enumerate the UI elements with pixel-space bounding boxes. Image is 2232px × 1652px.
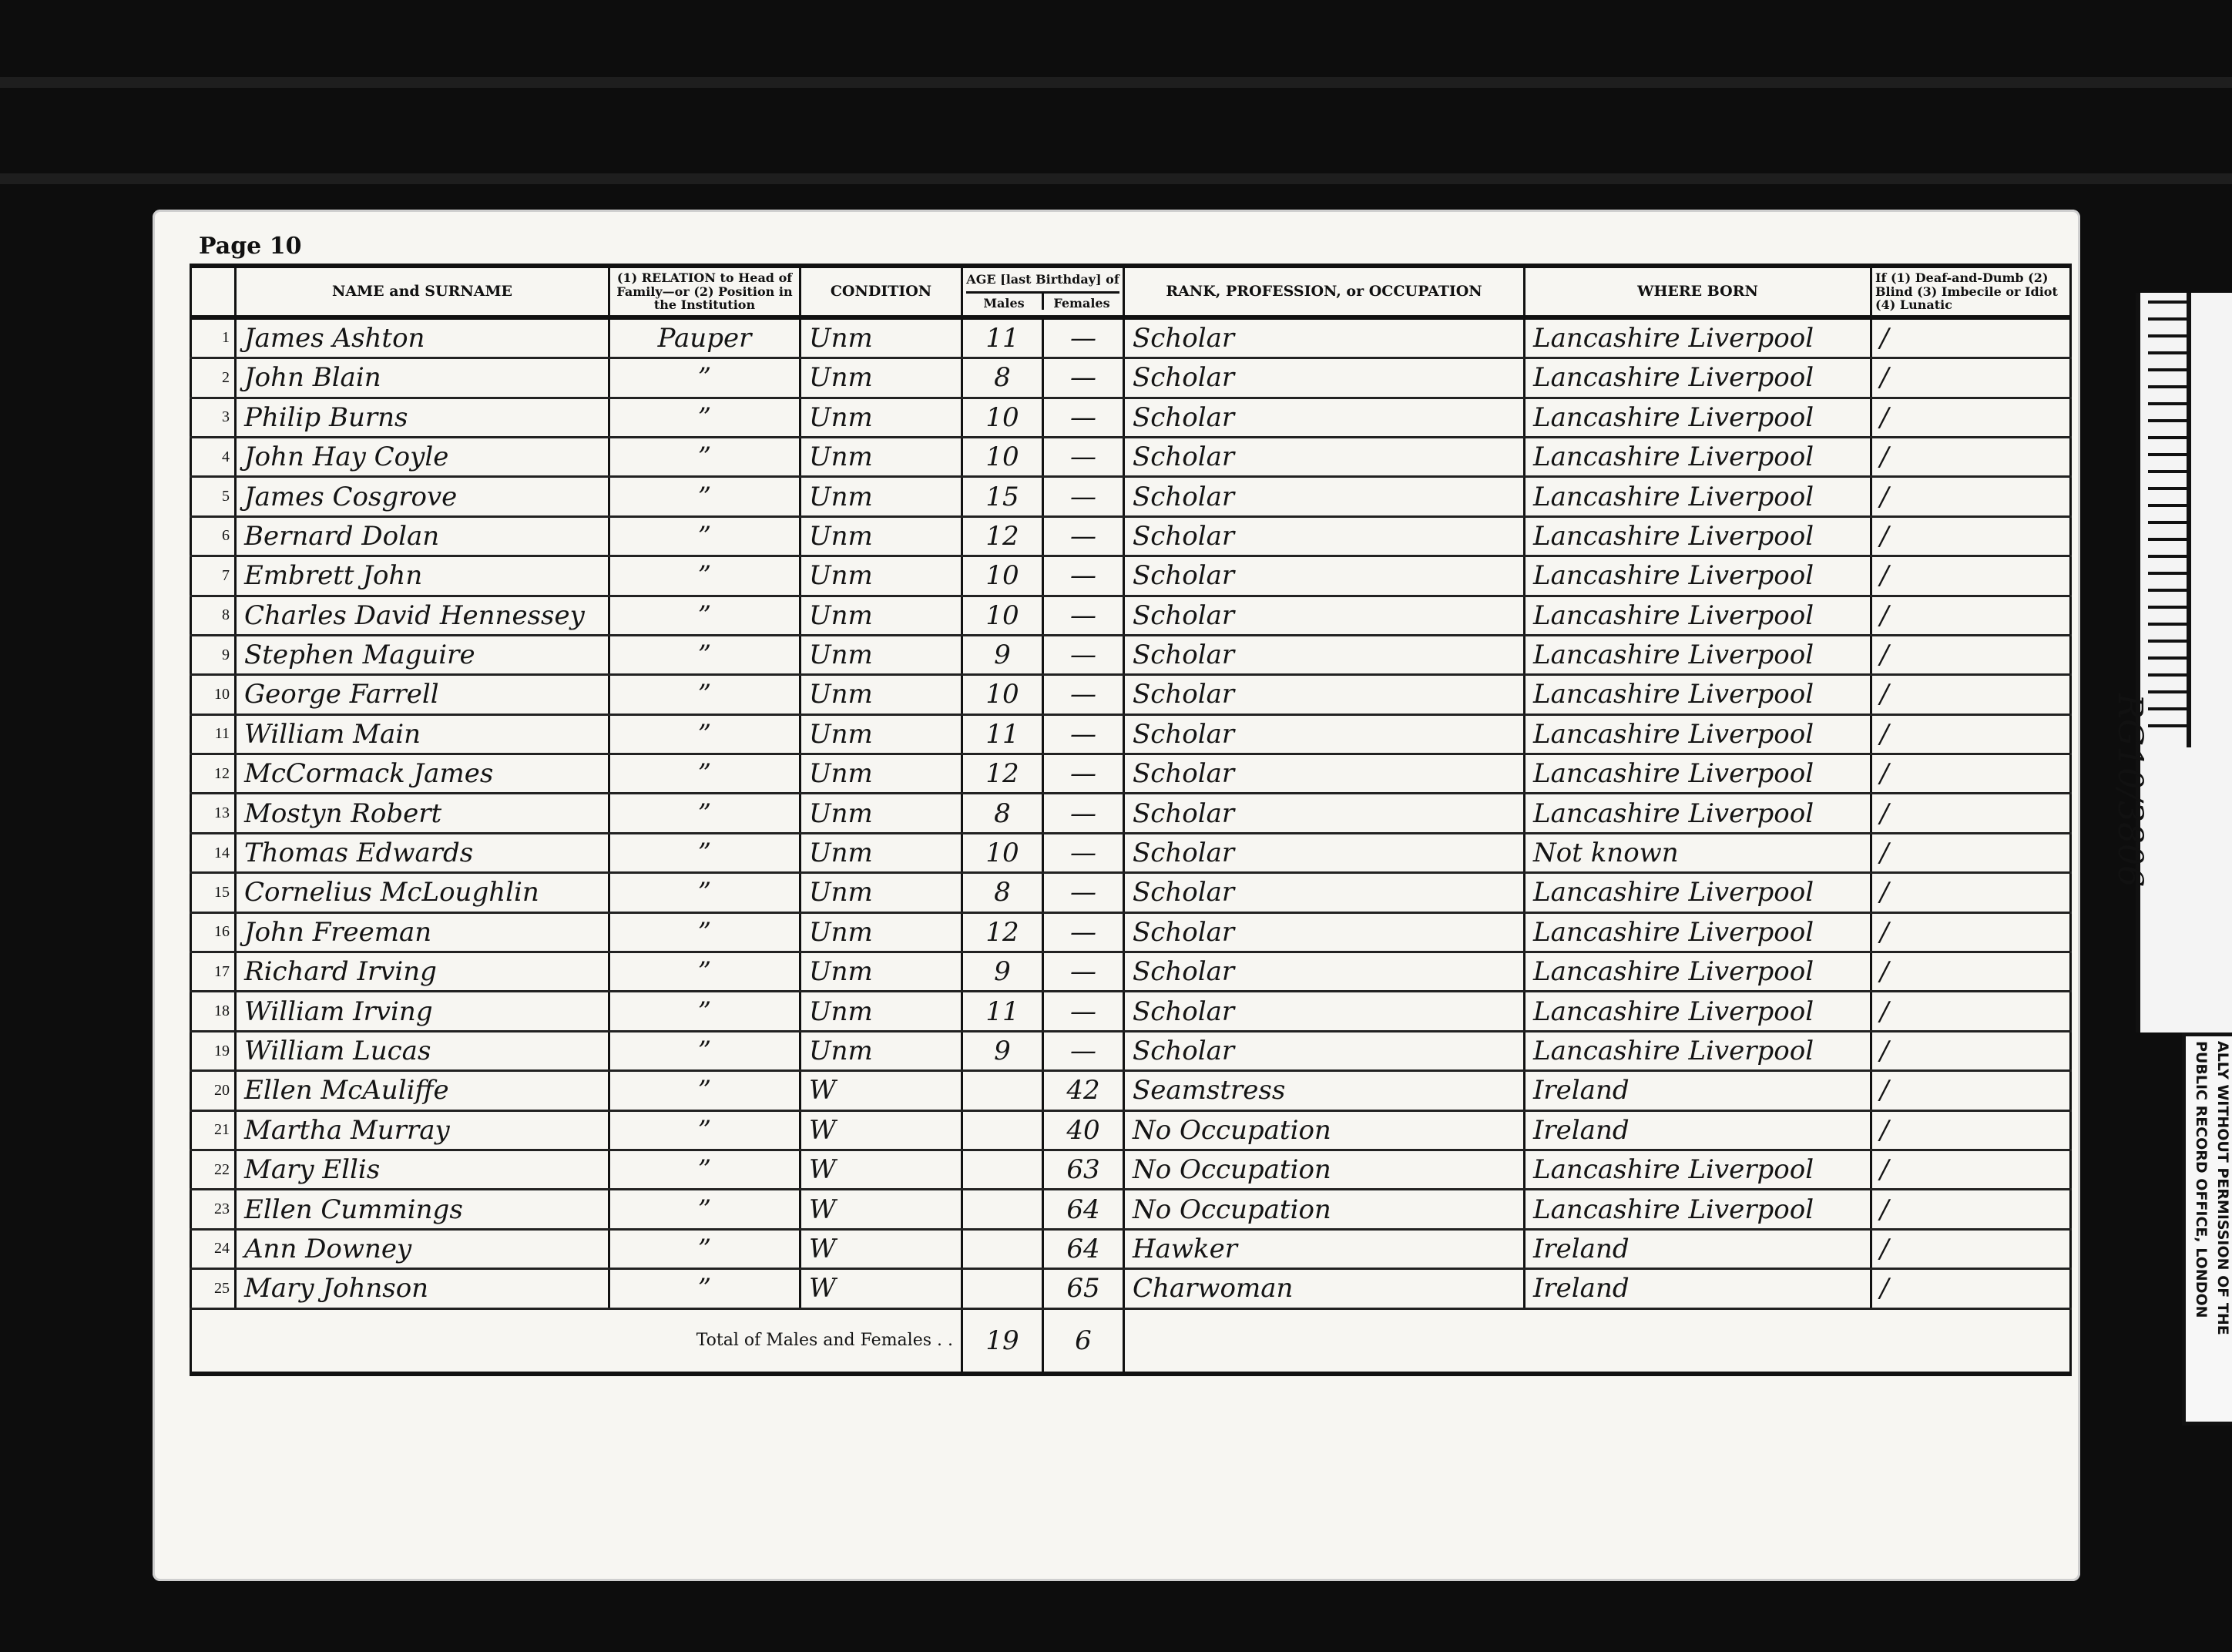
condition: W [800,1110,962,1150]
age-female: 64 [1043,1190,1124,1229]
schedule-number: 14 [191,833,236,872]
where-born: Not known [1525,833,1871,872]
age-female: — [1043,516,1124,556]
where-born: Lancashire Liverpool [1525,556,1871,596]
age-female: — [1043,596,1124,635]
copyright-line-2: PUBLIC RECORD OFFICE, LONDON [2193,1041,2210,1318]
age-female: 65 [1043,1269,1124,1308]
condition: Unm [800,556,962,596]
table-row: 4John Hay Coyle”Unm10—ScholarLancashire … [191,437,2071,476]
schedule-number: 15 [191,873,236,912]
occupation: Scholar [1124,714,1525,754]
condition: Unm [800,675,962,714]
age-female: 40 [1043,1110,1124,1150]
where-born: Lancashire Liverpool [1525,794,1871,833]
schedule-number: 22 [191,1150,236,1189]
table-row: 12McCormack James”Unm12—ScholarLancashir… [191,754,2071,794]
name: William Main [236,714,609,754]
relation: ” [609,516,800,556]
totals-row: Total of Males and Females . . 19 6 [191,1308,2071,1374]
occupation: Scholar [1124,477,1525,516]
age-female: — [1043,912,1124,952]
disability-mark: / [1871,992,2071,1031]
condition: Unm [800,437,962,476]
table-row: 2John Blain”Unm8—ScholarLancashire Liver… [191,358,2071,398]
census-page: Page 10 NAME and SURNAME (1) RELATION to… [153,210,2080,1581]
name: Mary Ellis [236,1150,609,1189]
age-female: — [1043,794,1124,833]
occupation: Scholar [1124,596,1525,635]
occupation: Seamstress [1124,1071,1525,1110]
table-row: 13Mostyn Robert”Unm8—ScholarLancashire L… [191,794,2071,833]
occupation: No Occupation [1124,1150,1525,1189]
condition: Unm [800,833,962,872]
age-male: 12 [962,754,1043,794]
table-row: 15Cornelius McLoughlin”Unm8—ScholarLanca… [191,873,2071,912]
schedule-number: 23 [191,1190,236,1229]
header-occupation: RANK, PROFESSION, or OCCUPATION [1124,266,1525,317]
where-born: Lancashire Liverpool [1525,675,1871,714]
where-born: Lancashire Liverpool [1525,912,1871,952]
where-born: Lancashire Liverpool [1525,437,1871,476]
totals-blank [1124,1308,2071,1374]
header-females: Females [1044,294,1119,311]
schedule-number: 10 [191,675,236,714]
relation: ” [609,675,800,714]
header-where-born: WHERE BORN [1525,266,1871,317]
relation: ” [609,358,800,398]
totals-label: Total of Males and Females . . [191,1308,962,1374]
age-female: — [1043,317,1124,358]
measurement-scale [2136,293,2232,1032]
name: Ellen Cummings [236,1190,609,1229]
schedule-number: 4 [191,437,236,476]
name: Richard Irving [236,952,609,992]
name: John Freeman [236,912,609,952]
disability-mark: / [1871,912,2071,952]
where-born: Lancashire Liverpool [1525,398,1871,437]
where-born: Lancashire Liverpool [1525,1190,1871,1229]
age-female: 63 [1043,1150,1124,1189]
header-row: NAME and SURNAME (1) RELATION to Head of… [191,266,2071,317]
age-male: 11 [962,992,1043,1031]
relation: ” [609,1150,800,1189]
disability-mark: / [1871,794,2071,833]
relation: ” [609,635,800,674]
where-born: Lancashire Liverpool [1525,992,1871,1031]
age-male: 8 [962,358,1043,398]
scan-background [0,77,2232,88]
table-row: 1James AshtonPauperUnm11—ScholarLancashi… [191,317,2071,358]
age-female: — [1043,358,1124,398]
schedule-number: 17 [191,952,236,992]
where-born: Lancashire Liverpool [1525,317,1871,358]
relation: ” [609,437,800,476]
schedule-number: 18 [191,992,236,1031]
schedule-number: 11 [191,714,236,754]
schedule-number: 25 [191,1269,236,1308]
age-male: 11 [962,317,1043,358]
scale-ticks [2148,301,2187,740]
table-row: 3Philip Burns”Unm10—ScholarLancashire Li… [191,398,2071,437]
table-row: 20Ellen McAuliffe”W42SeamstressIreland/ [191,1071,2071,1110]
where-born: Lancashire Liverpool [1525,635,1871,674]
total-females: 6 [1043,1308,1124,1374]
disability-mark: / [1871,358,2071,398]
disability-mark: / [1871,317,2071,358]
disability-mark: / [1871,1110,2071,1150]
where-born: Lancashire Liverpool [1525,952,1871,992]
header-age-label: AGE [last Birthday] of [966,273,1119,287]
where-born: Lancashire Liverpool [1525,596,1871,635]
condition: W [800,1269,962,1308]
age-female: 64 [1043,1229,1124,1268]
copyright-notice: ALLY WITHOUT PERMISSION OF THE PUBLIC RE… [2182,1032,2232,1425]
schedule-number: 5 [191,477,236,516]
occupation: Scholar [1124,358,1525,398]
name: John Blain [236,358,609,398]
header-name: NAME and SURNAME [236,266,609,317]
table-row: 23Ellen Cummings”W64No OccupationLancash… [191,1190,2071,1229]
age-female: — [1043,754,1124,794]
age-male: 8 [962,873,1043,912]
condition: Unm [800,912,962,952]
occupation: Hawker [1124,1229,1525,1268]
age-female: — [1043,635,1124,674]
name: Embrett John [236,556,609,596]
disability-mark: / [1871,1150,2071,1189]
name: Mary Johnson [236,1269,609,1308]
header-relation: (1) RELATION to Head of Family—or (2) Po… [609,266,800,317]
relation: ” [609,398,800,437]
age-male: 10 [962,398,1043,437]
reference-number: RG10/3806 [2110,693,2150,887]
header-condition: CONDITION [800,266,962,317]
relation: ” [609,714,800,754]
table-row: 7Embrett John”Unm10—ScholarLancashire Li… [191,556,2071,596]
age-male [962,1110,1043,1150]
age-female: — [1043,556,1124,596]
age-female: — [1043,873,1124,912]
condition: Unm [800,992,962,1031]
age-female: — [1043,714,1124,754]
relation: ” [609,833,800,872]
age-male: 10 [962,675,1043,714]
condition: Unm [800,754,962,794]
condition: W [800,1150,962,1189]
table-row: 8Charles David Hennessey”Unm10—ScholarLa… [191,596,2071,635]
schedule-number: 20 [191,1071,236,1110]
disability-mark: / [1871,1031,2071,1070]
schedule-number: 16 [191,912,236,952]
condition: W [800,1190,962,1229]
condition: W [800,1071,962,1110]
relation: ” [609,1269,800,1308]
table-row: 6Bernard Dolan”Unm12—ScholarLancashire L… [191,516,2071,556]
occupation: Scholar [1124,754,1525,794]
disability-mark: / [1871,714,2071,754]
name: Philip Burns [236,398,609,437]
age-female: — [1043,1031,1124,1070]
disability-mark: / [1871,596,2071,635]
schedule-number: 9 [191,635,236,674]
occupation: Scholar [1124,398,1525,437]
name: William Lucas [236,1031,609,1070]
name: Charles David Hennessey [236,596,609,635]
table-row: 11William Main”Unm11—ScholarLancashire L… [191,714,2071,754]
age-male [962,1190,1043,1229]
header-disability: If (1) Deaf-and-Dumb (2) Blind (3) Imbec… [1871,266,2071,317]
name: McCormack James [236,754,609,794]
age-male: 12 [962,516,1043,556]
name: Stephen Maguire [236,635,609,674]
age-male: 10 [962,596,1043,635]
condition: Unm [800,873,962,912]
disability-mark: / [1871,1269,2071,1308]
occupation: Scholar [1124,516,1525,556]
occupation: Scholar [1124,873,1525,912]
where-born: Lancashire Liverpool [1525,714,1871,754]
disability-mark: / [1871,477,2071,516]
relation: ” [609,992,800,1031]
schedule-number: 21 [191,1110,236,1150]
condition: Unm [800,398,962,437]
occupation: No Occupation [1124,1110,1525,1150]
occupation: Scholar [1124,1031,1525,1070]
where-born: Lancashire Liverpool [1525,754,1871,794]
condition: Unm [800,794,962,833]
name: Ann Downey [236,1229,609,1268]
where-born: Ireland [1525,1269,1871,1308]
table-row: 19William Lucas”Unm9—ScholarLancashire L… [191,1031,2071,1070]
condition: Unm [800,358,962,398]
page-number: Page 10 [199,233,301,260]
schedule-number: 12 [191,754,236,794]
occupation: Scholar [1124,992,1525,1031]
age-male: 10 [962,556,1043,596]
relation: ” [609,794,800,833]
occupation: No Occupation [1124,1190,1525,1229]
name: George Farrell [236,675,609,714]
age-male: 8 [962,794,1043,833]
name: Ellen McAuliffe [236,1071,609,1110]
schedule-number: 6 [191,516,236,556]
occupation: Charwoman [1124,1269,1525,1308]
header-schedule-number [191,266,236,317]
disability-mark: / [1871,437,2071,476]
age-female: — [1043,437,1124,476]
where-born: Lancashire Liverpool [1525,358,1871,398]
occupation: Scholar [1124,556,1525,596]
where-born: Lancashire Liverpool [1525,1031,1871,1070]
relation: ” [609,556,800,596]
name: Bernard Dolan [236,516,609,556]
scan-background [0,173,2232,184]
condition: Unm [800,952,962,992]
where-born: Ireland [1525,1071,1871,1110]
schedule-number: 19 [191,1031,236,1070]
condition: Unm [800,317,962,358]
schedule-number: 3 [191,398,236,437]
disability-mark: / [1871,1229,2071,1268]
age-male [962,1071,1043,1110]
disability-mark: / [1871,556,2071,596]
occupation: Scholar [1124,317,1525,358]
age-female: — [1043,992,1124,1031]
condition: Unm [800,714,962,754]
name: Thomas Edwards [236,833,609,872]
table-row: 22Mary Ellis”W63No OccupationLancashire … [191,1150,2071,1189]
name: William Irving [236,992,609,1031]
disability-mark: / [1871,675,2071,714]
schedule-number: 2 [191,358,236,398]
disability-mark: / [1871,833,2071,872]
relation: ” [609,1071,800,1110]
condition: Unm [800,516,962,556]
condition: Unm [800,596,962,635]
age-male: 10 [962,437,1043,476]
condition: Unm [800,477,962,516]
age-female: 42 [1043,1071,1124,1110]
table-row: 9Stephen Maguire”Unm9—ScholarLancashire … [191,635,2071,674]
age-female: — [1043,675,1124,714]
scale-rule [2187,293,2191,747]
total-males: 19 [962,1308,1043,1374]
where-born: Ireland [1525,1229,1871,1268]
relation: ” [609,754,800,794]
age-male: 15 [962,477,1043,516]
name: Cornelius McLoughlin [236,873,609,912]
disability-mark: / [1871,873,2071,912]
census-table: NAME and SURNAME (1) RELATION to Head of… [190,264,2072,1376]
table-row: 17Richard Irving”Unm9—ScholarLancashire … [191,952,2071,992]
copyright-line-1: ALLY WITHOUT PERMISSION OF THE [2214,1041,2231,1335]
disability-mark: / [1871,635,2071,674]
name: John Hay Coyle [236,437,609,476]
occupation: Scholar [1124,635,1525,674]
schedule-number: 7 [191,556,236,596]
disability-mark: / [1871,952,2071,992]
relation: ” [609,912,800,952]
occupation: Scholar [1124,833,1525,872]
age-female: — [1043,952,1124,992]
table-row: 14Thomas Edwards”Unm10—ScholarNot known/ [191,833,2071,872]
relation: ” [609,596,800,635]
occupation: Scholar [1124,437,1525,476]
relation: ” [609,873,800,912]
name: Martha Murray [236,1110,609,1150]
schedule-number: 24 [191,1229,236,1268]
relation: ” [609,1031,800,1070]
age-male: 9 [962,952,1043,992]
disability-mark: / [1871,754,2071,794]
schedule-number: 1 [191,317,236,358]
age-male [962,1150,1043,1189]
condition: W [800,1229,962,1268]
where-born: Ireland [1525,1110,1871,1150]
relation: ” [609,1110,800,1150]
table-row: 16John Freeman”Unm12—ScholarLancashire L… [191,912,2071,952]
schedule-number: 13 [191,794,236,833]
age-male: 9 [962,1031,1043,1070]
table-row: 25Mary Johnson”W65CharwomanIreland/ [191,1269,2071,1308]
table-row: 24Ann Downey”W64HawkerIreland/ [191,1229,2071,1268]
table-row: 10George Farrell”Unm10—ScholarLancashire… [191,675,2071,714]
name: Mostyn Robert [236,794,609,833]
disability-mark: / [1871,398,2071,437]
relation: ” [609,1190,800,1229]
relation: ” [609,952,800,992]
age-male: 10 [962,833,1043,872]
age-female: — [1043,833,1124,872]
where-born: Lancashire Liverpool [1525,477,1871,516]
relation: ” [609,1229,800,1268]
table-row: 5James Cosgrove”Unm15—ScholarLancashire … [191,477,2071,516]
disability-mark: / [1871,1071,2071,1110]
where-born: Lancashire Liverpool [1525,1150,1871,1189]
where-born: Lancashire Liverpool [1525,516,1871,556]
age-male [962,1269,1043,1308]
occupation: Scholar [1124,794,1525,833]
where-born: Lancashire Liverpool [1525,873,1871,912]
table-row: 21Martha Murray”W40No OccupationIreland/ [191,1110,2071,1150]
header-males: Males [966,294,1044,311]
age-male: 9 [962,635,1043,674]
condition: Unm [800,635,962,674]
name: James Cosgrove [236,477,609,516]
header-age: AGE [last Birthday] of Males Females [962,266,1124,317]
disability-mark: / [1871,516,2071,556]
occupation: Scholar [1124,675,1525,714]
age-female: — [1043,398,1124,437]
age-male: 12 [962,912,1043,952]
table-row: 18William Irving”Unm11—ScholarLancashire… [191,992,2071,1031]
occupation: Scholar [1124,952,1525,992]
age-male [962,1229,1043,1268]
age-female: — [1043,477,1124,516]
disability-mark: / [1871,1190,2071,1229]
schedule-number: 8 [191,596,236,635]
name: James Ashton [236,317,609,358]
relation: Pauper [609,317,800,358]
relation: ” [609,477,800,516]
occupation: Scholar [1124,912,1525,952]
condition: Unm [800,1031,962,1070]
age-male: 11 [962,714,1043,754]
